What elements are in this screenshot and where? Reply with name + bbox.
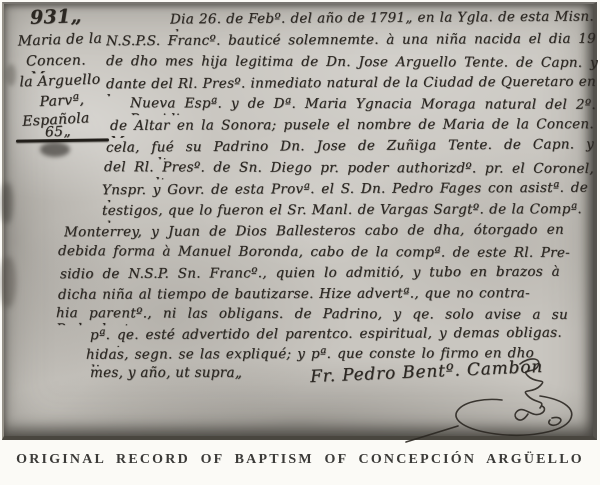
entry-number: 931„: [30, 5, 83, 29]
record-line: testigos, que lo fueron el Sr. Manl. de …: [102, 201, 582, 223]
record-line: dante del Rl. Presº. inmediato natural d…: [106, 74, 596, 97]
signature-rubric-flourish: [402, 352, 582, 444]
record-line: Dia 26. de Febº. del año de 1791„ en la …: [170, 9, 594, 32]
photo-caption: ORIGINAL RECORD OF BAPTISM OF CONCEPCIÓN…: [0, 452, 600, 468]
ink-blot: [40, 142, 70, 157]
record-line: dicha niña al tiempo de bautizarse. Hize…: [58, 285, 530, 307]
record-line: Nueva Espª. y de Dª. Maria Ygnacia Morag…: [130, 95, 596, 117]
record-line: Ynspr. y Govr. de esta Provª. el S. Dn. …: [102, 180, 588, 203]
edge-stain: [0, 256, 16, 308]
edge-stain: [6, 64, 16, 86]
baptism-record-photo: 931„ Maria de la Concen. Marce- la Argue…: [2, 2, 597, 440]
record-line: de Altar en la Sonora; pusele el nombre …: [110, 116, 594, 138]
record-line: sidio de N.S.P. Sn. Francº., quien lo ad…: [60, 264, 560, 287]
record-line: debida forma à Manuel Boronda, cabo de l…: [58, 243, 570, 265]
record-line: de dho mes hija legitima de Dn. Jose Arg…: [106, 53, 598, 75]
margin-note-line: Maria de la: [10, 30, 111, 53]
record-line: N.S.P.S. Francº. bauticé solemnemte. à u…: [106, 31, 596, 54]
record-line: cela, fué su Padrino Dn. Jose de Zuñiga …: [106, 136, 594, 159]
record-line: mes, y año, ut supra„: [90, 365, 242, 381]
record-line: pª. qe. esté advertido del parentco. esp…: [90, 325, 562, 347]
record-line: hia parentº., ni las obligans. de Padrin…: [56, 305, 568, 327]
book-page: 931„ Maria de la Concen. Marce- la Argue…: [0, 0, 600, 485]
edge-stain: [1, 182, 13, 224]
margin-note-line: Concen. Marce-: [6, 52, 106, 74]
record-line: del Rl. Presº. de Sn. Diego pr. poder au…: [104, 159, 594, 181]
record-line: Monterrey, y Juan de Dios Ballesteros ca…: [64, 222, 564, 245]
